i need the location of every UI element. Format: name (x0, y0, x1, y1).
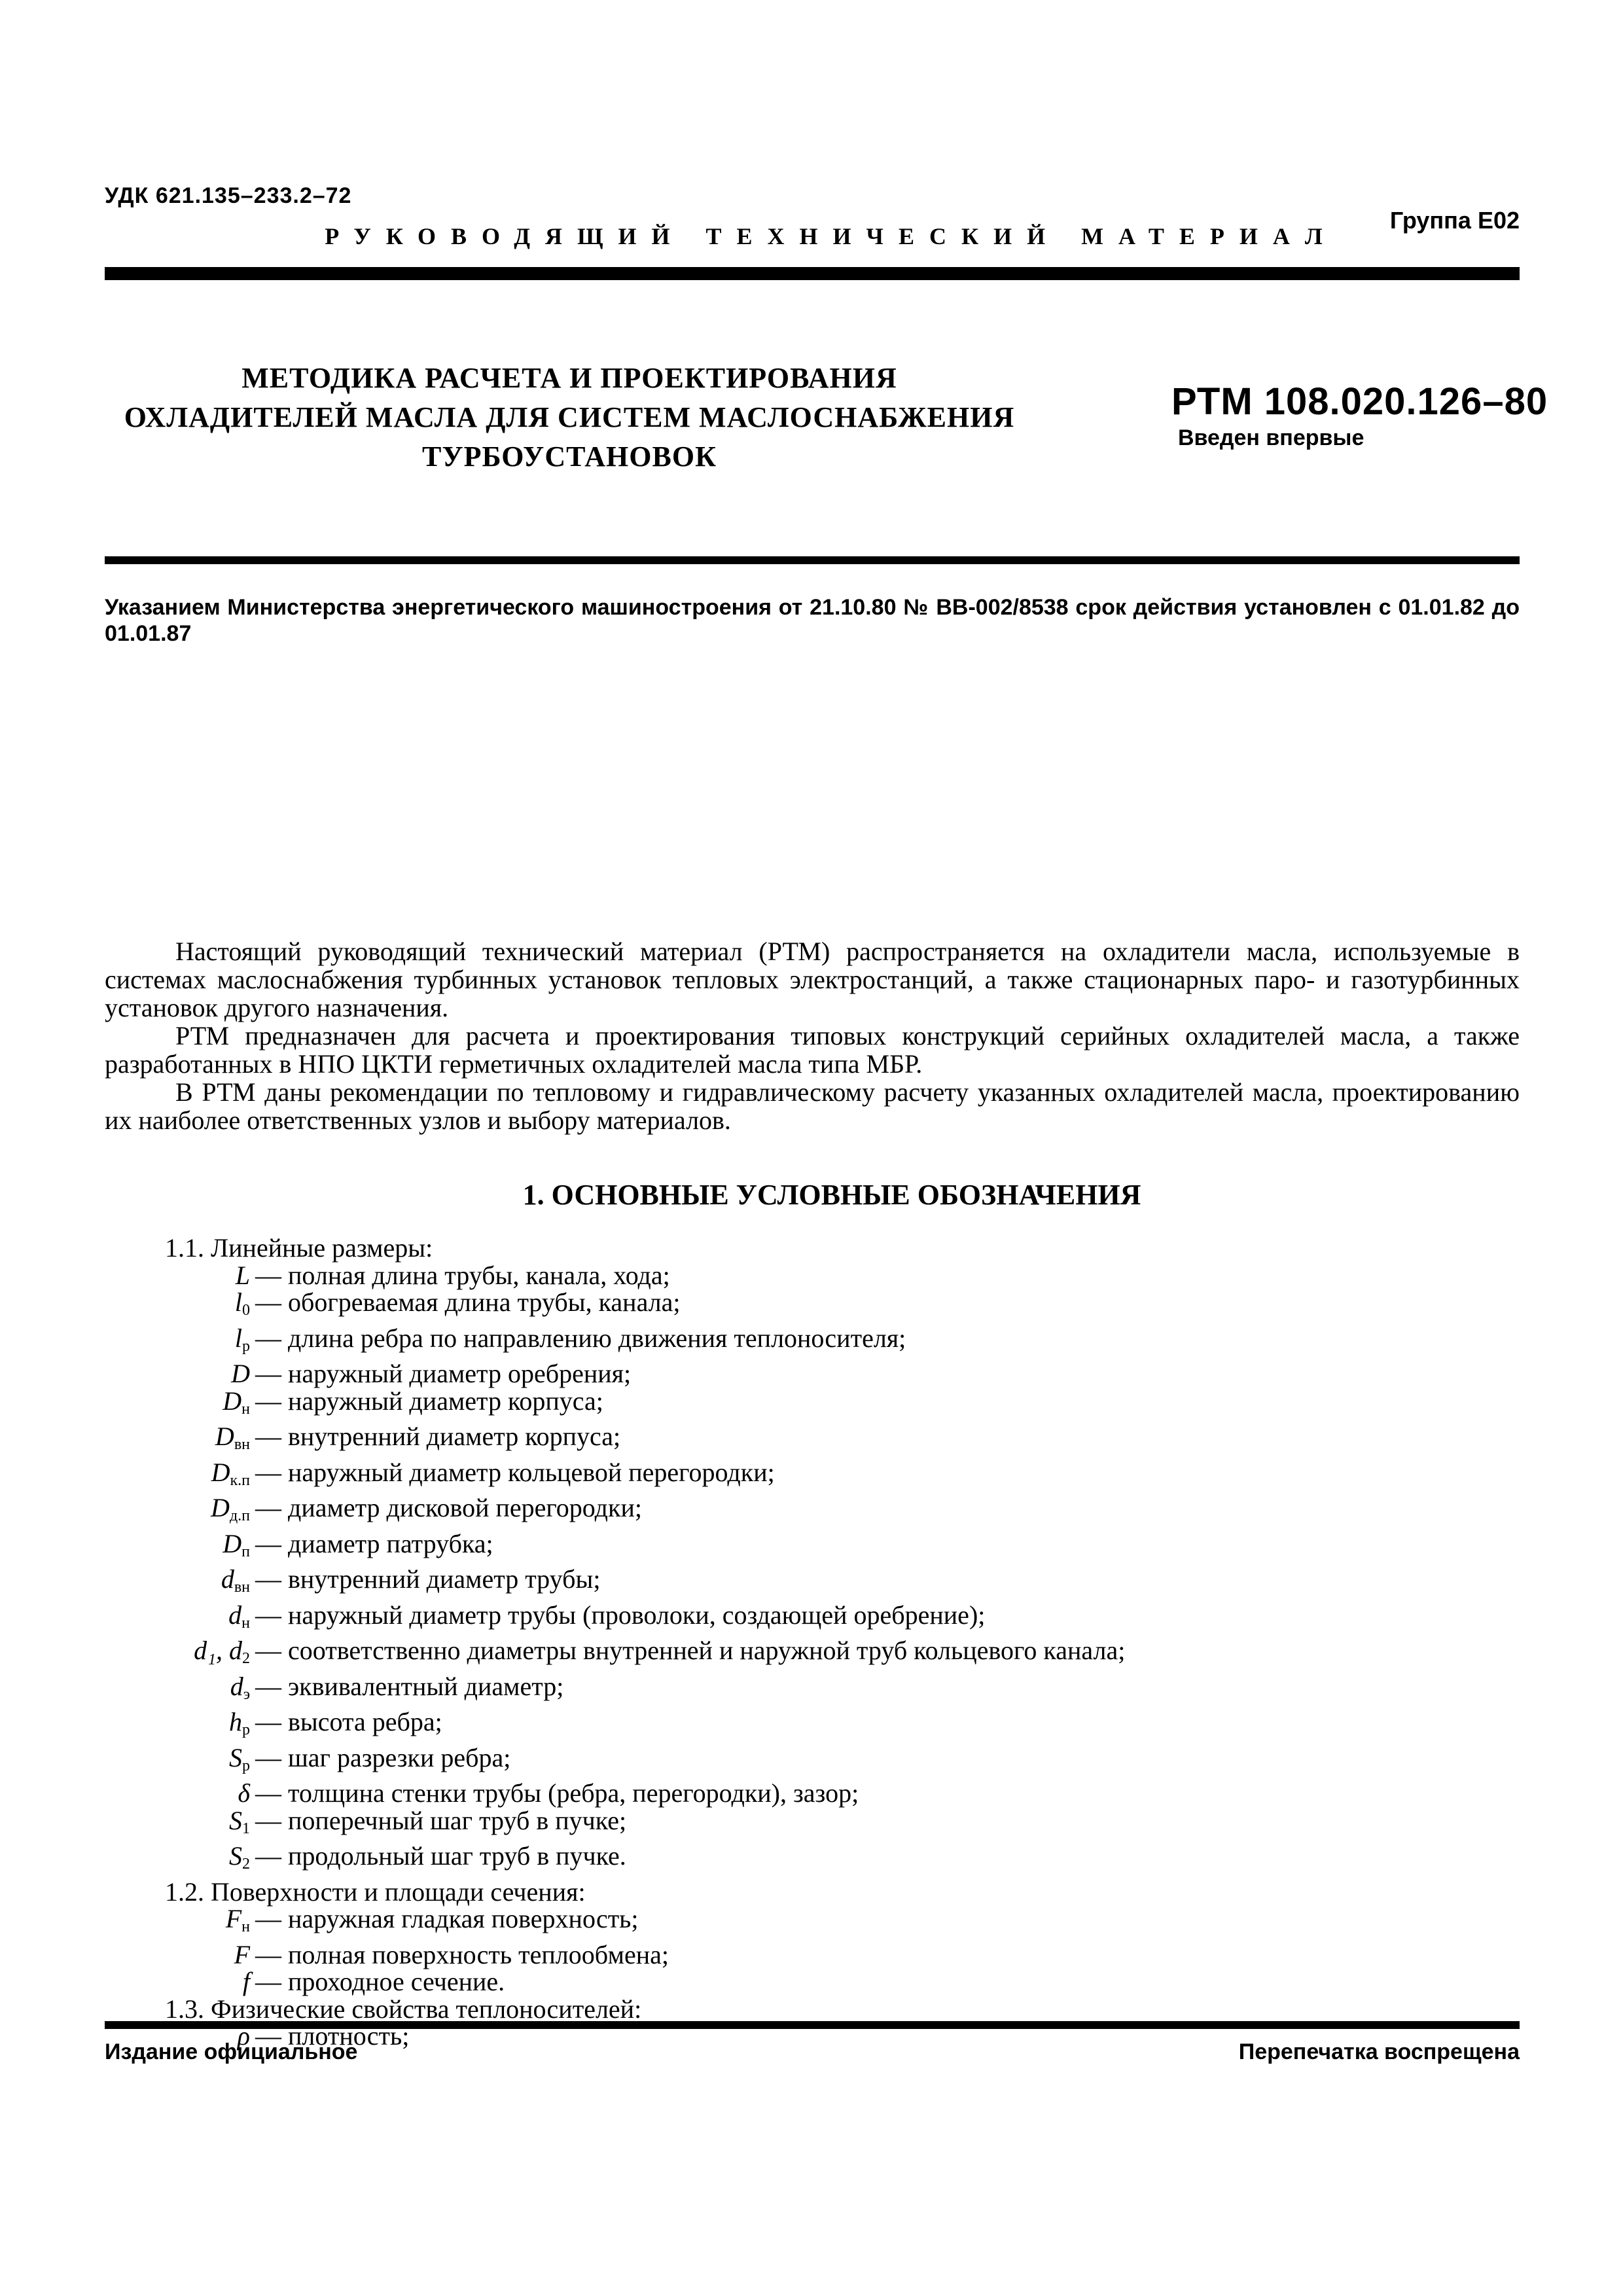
document-code: РТМ 108.020.126–80 (1171, 380, 1548, 423)
symbol: Dк.п (105, 1459, 250, 1495)
symbol: Dп (105, 1530, 250, 1566)
symbol: Dд.п (105, 1494, 250, 1530)
symbol-definition: — обогреваемая длина трубы, канала; (250, 1289, 681, 1325)
symbol: Fн (105, 1905, 250, 1941)
title-rule (105, 556, 1520, 564)
symbol-definition: — шаг разрезки ребра; (250, 1744, 510, 1780)
title-line: МЕТОДИКА РАСЧЕТА И ПРОЕКТИРОВАНИЯ (105, 359, 1034, 398)
footer-copyright: Перепечатка воспрещена (1239, 2039, 1520, 2065)
symbol: Dвн (105, 1423, 250, 1459)
symbol-item: D— наружный диаметр оребрения; (105, 1360, 1479, 1388)
decree-text: Указанием Министерства энергетического м… (105, 594, 1520, 647)
document-type-header: РУКОВОДЯЩИЙ ТЕХНИЧЕСКИЙ МАТЕРИАЛ (0, 223, 1623, 250)
symbol: f (105, 1968, 250, 1996)
symbol-item: dн— наружный диаметр трубы (проволоки, с… (105, 1602, 1479, 1638)
symbol-item: Dд.п— диаметр дисковой перегородки; (105, 1494, 1479, 1530)
symbol-item: F— полная поверхность теплообмена; (105, 1941, 1479, 1969)
symbol: D (105, 1360, 250, 1388)
symbol: Sр (105, 1744, 250, 1780)
symbol: dвн (105, 1566, 250, 1602)
symbol-item: dвн— внутренний диаметр трубы; (105, 1566, 1479, 1602)
symbol-item: Dп— диаметр патрубка; (105, 1530, 1479, 1566)
symbol: dэ (105, 1673, 250, 1709)
symbols-list: 1.1. Линейные размеры:L— полная длина тр… (105, 1234, 1479, 2050)
udk-code: УДК 621.135–233.2–72 (105, 183, 351, 209)
subsection-heading: 1.2. Поверхности и площади сечения: (105, 1878, 1479, 1906)
intro-paragraph: Настоящий руководящий технический матери… (105, 937, 1520, 1022)
symbol: l0 (105, 1289, 250, 1325)
symbol: d₁, d2 (105, 1637, 250, 1673)
symbol-definition: — наружный диаметр кольцевой перегородки… (250, 1459, 775, 1495)
symbol-item: δ— толщина стенки трубы (ребра, перегоро… (105, 1780, 1479, 1807)
symbol: lр (105, 1325, 250, 1361)
symbol-item: l0— обогреваемая длина трубы, канала; (105, 1289, 1479, 1325)
symbol-item: Fн— наружная гладкая поверхность; (105, 1905, 1479, 1941)
symbol: F (105, 1941, 250, 1969)
symbol-item: S2— продольный шаг труб в пучке. (105, 1842, 1479, 1878)
symbol-item: Dк.п— наружный диаметр кольцевой перегор… (105, 1459, 1479, 1495)
symbol-item: f— проходное сечение. (105, 1968, 1479, 1996)
symbol: hр (105, 1708, 250, 1744)
symbol-definition: — полная поверхность теплообмена; (250, 1941, 669, 1969)
symbol-definition: — полная длина трубы, канала, хода; (250, 1262, 670, 1289)
document-title: МЕТОДИКА РАСЧЕТА И ПРОЕКТИРОВАНИЯ ОХЛАДИ… (105, 359, 1034, 476)
intro-paragraph: В РТМ даны рекомендации по тепловому и г… (105, 1078, 1520, 1134)
title-line: ОХЛАДИТЕЛЕЙ МАСЛА ДЛЯ СИСТЕМ МАСЛОСНАБЖЕ… (105, 398, 1034, 437)
symbol-item: Dн— наружный диаметр корпуса; (105, 1388, 1479, 1424)
document-status: Введен впервые (1178, 425, 1364, 451)
section-title: 1. ОСНОВНЫЕ УСЛОВНЫЕ ОБОЗНАЧЕНИЯ (105, 1178, 1520, 1211)
symbol: L (105, 1262, 250, 1289)
symbol: Dн (105, 1388, 250, 1424)
symbol-item: L— полная длина трубы, канала, хода; (105, 1262, 1479, 1289)
symbol: δ (105, 1780, 250, 1807)
symbol-definition: — наружный диаметр оребрения; (250, 1360, 631, 1388)
symbol: S2 (105, 1842, 250, 1878)
symbol-definition: — внутренний диаметр корпуса; (250, 1423, 620, 1459)
header-rule (105, 267, 1520, 280)
footer-rule (105, 2021, 1520, 2029)
symbol-item: S1— поперечный шаг труб в пучке; (105, 1807, 1479, 1843)
intro-paragraph: РТМ предназначен для расчета и проектиро… (105, 1022, 1520, 1078)
symbol-definition: — наружный диаметр корпуса; (250, 1388, 603, 1424)
symbol-definition: — соответственно диаметры внутренней и н… (250, 1637, 1125, 1673)
title-line: ТУРБОУСТАНОВОК (105, 437, 1034, 476)
symbol-definition: — наружный диаметр трубы (проволоки, соз… (250, 1602, 985, 1638)
symbol-item: d₁, d2— соответственно диаметры внутренн… (105, 1637, 1479, 1673)
symbol-definition: — внутренний диаметр трубы; (250, 1566, 600, 1602)
symbol-item: Sр— шаг разрезки ребра; (105, 1744, 1479, 1780)
intro-text: Настоящий руководящий технический матери… (105, 937, 1520, 1134)
symbol-item: lр— длина ребра по направлению движения … (105, 1325, 1479, 1361)
symbol-definition: — наружная гладкая поверхность; (250, 1905, 639, 1941)
symbol-definition: — поперечный шаг труб в пучке; (250, 1807, 626, 1843)
symbol-item: hр— высота ребра; (105, 1708, 1479, 1744)
symbol-definition: — высота ребра; (250, 1708, 442, 1744)
symbol-definition: — продольный шаг труб в пучке. (250, 1842, 626, 1878)
symbol-definition: — эквивалентный диаметр; (250, 1673, 563, 1709)
symbol-definition: — проходное сечение. (250, 1968, 505, 1996)
symbol-item: Dвн— внутренний диаметр корпуса; (105, 1423, 1479, 1459)
symbol-definition: — толщина стенки трубы (ребра, перегород… (250, 1780, 859, 1807)
symbol-definition: — диаметр патрубка; (250, 1530, 493, 1566)
symbol-definition: — диаметр дисковой перегородки; (250, 1494, 642, 1530)
symbol: dн (105, 1602, 250, 1638)
footer-edition: Издание официальное (105, 2039, 357, 2065)
symbol: S1 (105, 1807, 250, 1843)
subsection-heading: 1.1. Линейные размеры: (105, 1234, 1479, 1262)
symbol-item: dэ— эквивалентный диаметр; (105, 1673, 1479, 1709)
symbol-definition: — длина ребра по направлению движения те… (250, 1325, 906, 1361)
subsection-heading: 1.3. Физические свойства теплоносителей: (105, 1996, 1479, 2023)
